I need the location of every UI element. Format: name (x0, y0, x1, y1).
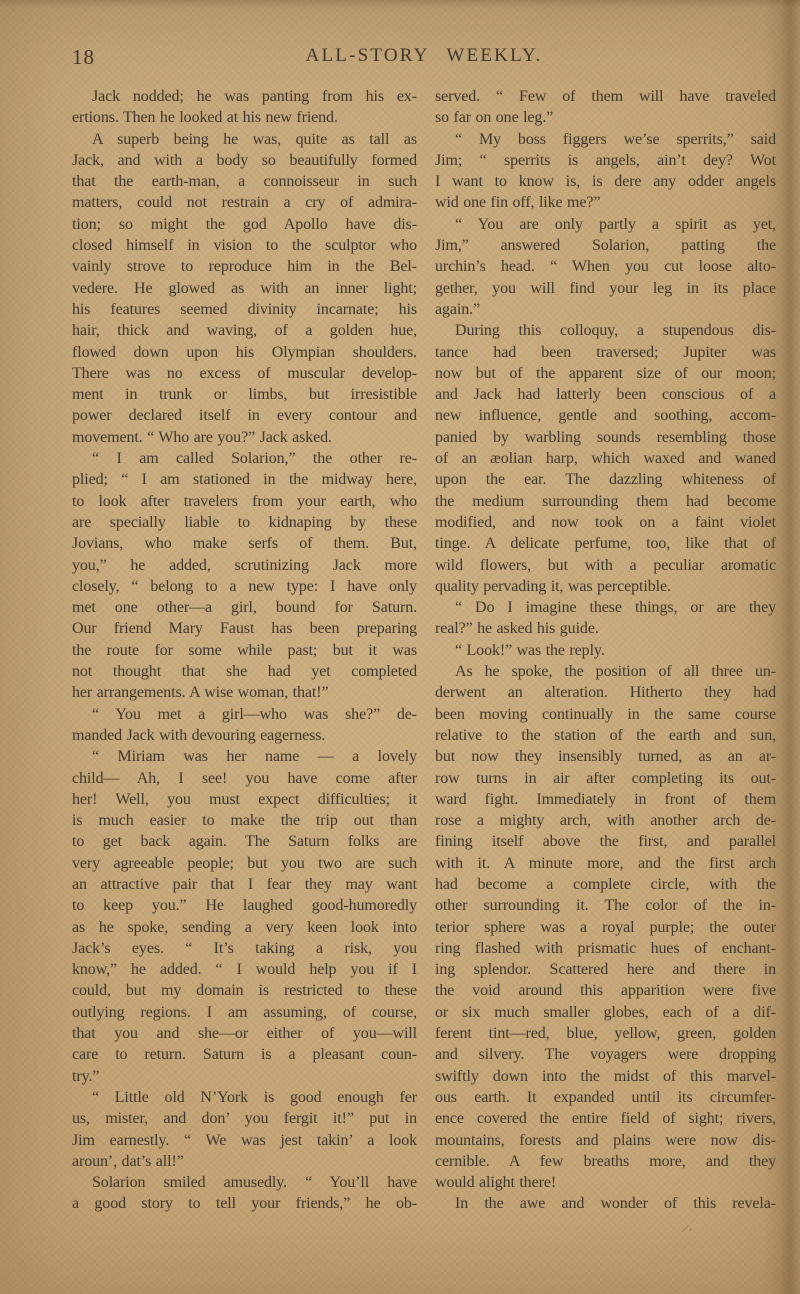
text-columns: Jack nodded; he was panting from his ex-… (72, 86, 776, 1215)
ink-mark: ⁄ · (683, 1223, 694, 1236)
text-line: know,” he added. “ I would help you if I (72, 959, 417, 980)
text-line: “ Do I imagine these things, or are they (435, 597, 776, 618)
text-line: met one other—a girl, bound for Saturn. (72, 597, 417, 618)
text-line: her arrangements. A wise woman, that!” (72, 682, 417, 703)
text-line: gether, you will find your leg in its pl… (435, 278, 776, 299)
text-line: Our friend Mary Faust has been preparing (72, 618, 417, 639)
text-line: as he spoke, sending a very keen look in… (72, 917, 417, 938)
text-line: “ My boss figgers we’se sperrits,” said (435, 129, 776, 150)
text-line: upon the ear. The dazzling whiteness of (435, 469, 776, 490)
text-line: ous earth. It expanded until its circumf… (435, 1087, 776, 1108)
text-line: tance had been traversed; Jupiter was (435, 342, 776, 363)
text-line: During this colloquy, a stupendous dis- (435, 320, 776, 341)
paragraph: As he spoke, the position of all three u… (435, 661, 776, 1193)
text-line: Jim earnestly. “ We was jest takin’ a lo… (72, 1130, 417, 1151)
text-line: other surrounding it. The color of the i… (435, 895, 776, 916)
paragraph: “ You met a girl—who was she?” de-manded… (72, 704, 417, 747)
text-line: Jovians, who make serfs of them. But, (72, 533, 417, 554)
text-line: of an æolian harp, which waxed and waned (435, 448, 776, 469)
text-line: power declared itself in every contour a… (72, 405, 417, 426)
text-line: As he spoke, the position of all three u… (435, 661, 776, 682)
text-line: quality pervading it, was perceptible. (435, 576, 776, 597)
text-line: modified, and now took on a faint violet (435, 512, 776, 533)
text-line: “ You are only partly a spirit as yet, (435, 214, 776, 235)
text-line: aroun’, dat’s all!” (72, 1151, 417, 1172)
text-line: very agreeable people; but you two are s… (72, 853, 417, 874)
text-line: relative to the station of the earth and… (435, 725, 776, 746)
text-line: you,” he added, scrutinizing Jack more (72, 555, 417, 576)
text-line: tinge. A delicate perfume, too, like tha… (435, 533, 776, 554)
paragraph: “ Miriam was her name — a lovelychild— A… (72, 746, 417, 1087)
left-column: Jack nodded; he was panting from his ex-… (72, 86, 417, 1215)
text-line: real?” he asked his guide. (435, 618, 776, 639)
paragraph: A superb being he was, quite as tall asJ… (72, 129, 417, 448)
paragraph: During this colloquy, a stupendous dis-t… (435, 320, 776, 597)
text-line: an attractive pair that I fear they may … (72, 874, 417, 895)
text-line: In the awe and wonder of this revela- (435, 1193, 776, 1214)
paragraph: In the awe and wonder of this revela- (435, 1193, 776, 1214)
paragraph: “ Look!” was the reply. (435, 640, 776, 661)
text-line: vainly strove to reproduce him in the Be… (72, 256, 417, 277)
text-line: “ Look!” was the reply. (435, 640, 776, 661)
text-line: “ Little old N’York is good enough fer (72, 1087, 417, 1108)
text-line: served. “ Few of them will have traveled (435, 86, 776, 107)
text-line: us, mister, and don’ you fergit it!” put… (72, 1108, 417, 1129)
text-line: “ Miriam was her name — a lovely (72, 746, 417, 767)
text-line: tion; so might the god Apollo have dis- (72, 214, 417, 235)
text-line: cernible. A few breaths more, and they (435, 1151, 776, 1172)
text-line: again.” (435, 299, 776, 320)
text-line: the medium surrounding them had become (435, 491, 776, 512)
text-line: I want to know is, is dere any odder ang… (435, 171, 776, 192)
right-column: served. “ Few of them will have traveled… (435, 86, 776, 1215)
text-line: urchin’s head. “ When you cut loose alto… (435, 256, 776, 277)
text-line: new influence, gentle and soothing, acco… (435, 405, 776, 426)
text-line: but now they insensibly turned, as an ar… (435, 746, 776, 767)
text-line: rose a mighty arch, with another arch de… (435, 810, 776, 831)
magazine-title: ALL-STORY WEEKLY. (306, 45, 543, 66)
text-line: derwent an alteration. Hitherto they had (435, 682, 776, 703)
page-top-shadow (0, 0, 800, 8)
text-line: panied by warbling sounds resembling tho… (435, 427, 776, 448)
text-line: Jack’s eyes. “ It’s taking a risk, you (72, 938, 417, 959)
text-line: “ I am called Solarion,” the other re- (72, 448, 417, 469)
text-line: hair, thick and waving, of a golden hue, (72, 320, 417, 341)
text-line: his features seemed divinity incarnate; … (72, 299, 417, 320)
text-line: would alight there! (435, 1172, 776, 1193)
paragraph: Solarion smiled amusedly. “ You’ll havea… (72, 1172, 417, 1215)
text-line: closely, “ belong to a new type: I have … (72, 576, 417, 597)
text-line: ment in trunk or limbs, but irresistible (72, 384, 417, 405)
text-line: outlying regions. I am assuming, of cour… (72, 1002, 417, 1023)
text-line: now but of the apparent size of our moon… (435, 363, 776, 384)
text-line: to keep you.” He laughed good-humoredly (72, 895, 417, 916)
text-line: Jim,” answered Solarion, patting the (435, 235, 776, 256)
text-line: fining itself above the first, and paral… (435, 831, 776, 852)
text-line: try.” (72, 1066, 417, 1087)
text-line: matters, could not restrain a cry of adm… (72, 192, 417, 213)
text-line: so far on one leg.” (435, 107, 776, 128)
text-line: Solarion smiled amusedly. “ You’ll have (72, 1172, 417, 1193)
text-line: terior sphere was a royal purple; the ou… (435, 917, 776, 938)
text-line: row turns in air after completing its ou… (435, 768, 776, 789)
text-line: swiftly down into the midst of this marv… (435, 1066, 776, 1087)
text-line: her! Well, you must expect difficulties;… (72, 789, 417, 810)
text-line: ertions. Then he looked at his new frien… (72, 107, 417, 128)
text-line: that you and she—or either of you—will (72, 1023, 417, 1044)
text-line: ferent tint—red, blue, yellow, green, go… (435, 1023, 776, 1044)
text-line: There was no excess of muscular develop- (72, 363, 417, 384)
text-line: mountains, forests and plains were now d… (435, 1130, 776, 1151)
text-line: ward fight. Immediately in front of them (435, 789, 776, 810)
text-line: Jack nodded; he was panting from his ex- (72, 86, 417, 107)
paragraph: “ I am called Solarion,” the other re-pl… (72, 448, 417, 704)
text-line: closed himself in vision to the sculptor… (72, 235, 417, 256)
paragraph: “ My boss figgers we’se sperrits,” saidJ… (435, 129, 776, 214)
text-line: are specially liable to kidnaping by the… (72, 512, 417, 533)
text-line: the void around this apparition were fiv… (435, 980, 776, 1001)
text-line: with it. A minute more, and the first ar… (435, 853, 776, 874)
text-line: vedere. He glowed as with an inner light… (72, 278, 417, 299)
text-line: that the earth-man, a connoisseur in suc… (72, 171, 417, 192)
paragraph: Jack nodded; he was panting from his ex-… (72, 86, 417, 129)
text-line: care to return. Saturn is a pleasant cou… (72, 1044, 417, 1065)
text-line: and Jack had latterly been conscious of … (435, 384, 776, 405)
text-line: and silvery. The voyagers were dropping (435, 1044, 776, 1065)
text-line: could, but my domain is restricted to th… (72, 980, 417, 1001)
text-line: plied; “ I am stationed in the midway he… (72, 469, 417, 490)
paragraph: “ You are only partly a spirit as yet,Ji… (435, 214, 776, 320)
text-line: to get back again. The Saturn folks are (72, 831, 417, 852)
paragraph: “ Do I imagine these things, or are they… (435, 597, 776, 640)
text-line: or six much smaller globes, each of a di… (435, 1002, 776, 1023)
text-line: manded Jack with devouring eagerness. (72, 725, 417, 746)
text-line: flowed down upon his Olympian shoulders. (72, 342, 417, 363)
text-line: to look after travelers from your earth,… (72, 491, 417, 512)
paragraph: “ Little old N’York is good enough ferus… (72, 1087, 417, 1172)
text-line: is much easier to make the trip out than (72, 810, 417, 831)
text-line: ring flashed with prismatic hues of ench… (435, 938, 776, 959)
text-line: not thought that she had yet completed (72, 661, 417, 682)
text-line: movement. “ Who are you?” Jack asked. (72, 427, 417, 448)
text-line: ing splendor. Scattered here and there i… (435, 959, 776, 980)
text-line: wid one fin off, like me?” (435, 192, 776, 213)
text-line: ence covered the entire field of sight; … (435, 1108, 776, 1129)
text-line: “ You met a girl—who was she?” de- (72, 704, 417, 725)
paragraph: served. “ Few of them will have traveled… (435, 86, 776, 129)
text-line: Jim; “ sperrits is angels, ain’t dey? Wo… (435, 150, 776, 171)
running-title-wrap: ALL-STORY WEEKLY. (72, 45, 776, 67)
text-line: had become a complete circle, with the (435, 874, 776, 895)
text-line: a good story to tell your friends,” he o… (72, 1193, 417, 1214)
magazine-page-scan: 18 ALL-STORY WEEKLY. Jack nodded; he was… (0, 0, 800, 1294)
text-line: A superb being he was, quite as tall as (72, 129, 417, 150)
text-line: Jack, and with a body so beautifully for… (72, 150, 417, 171)
text-line: child— Ah, I see! you have come after (72, 768, 417, 789)
text-line: wild flowers, but with a peculiar aromat… (435, 555, 776, 576)
text-line: the route for some while past; but it wa… (72, 640, 417, 661)
text-line: been moving continually in the same cour… (435, 704, 776, 725)
